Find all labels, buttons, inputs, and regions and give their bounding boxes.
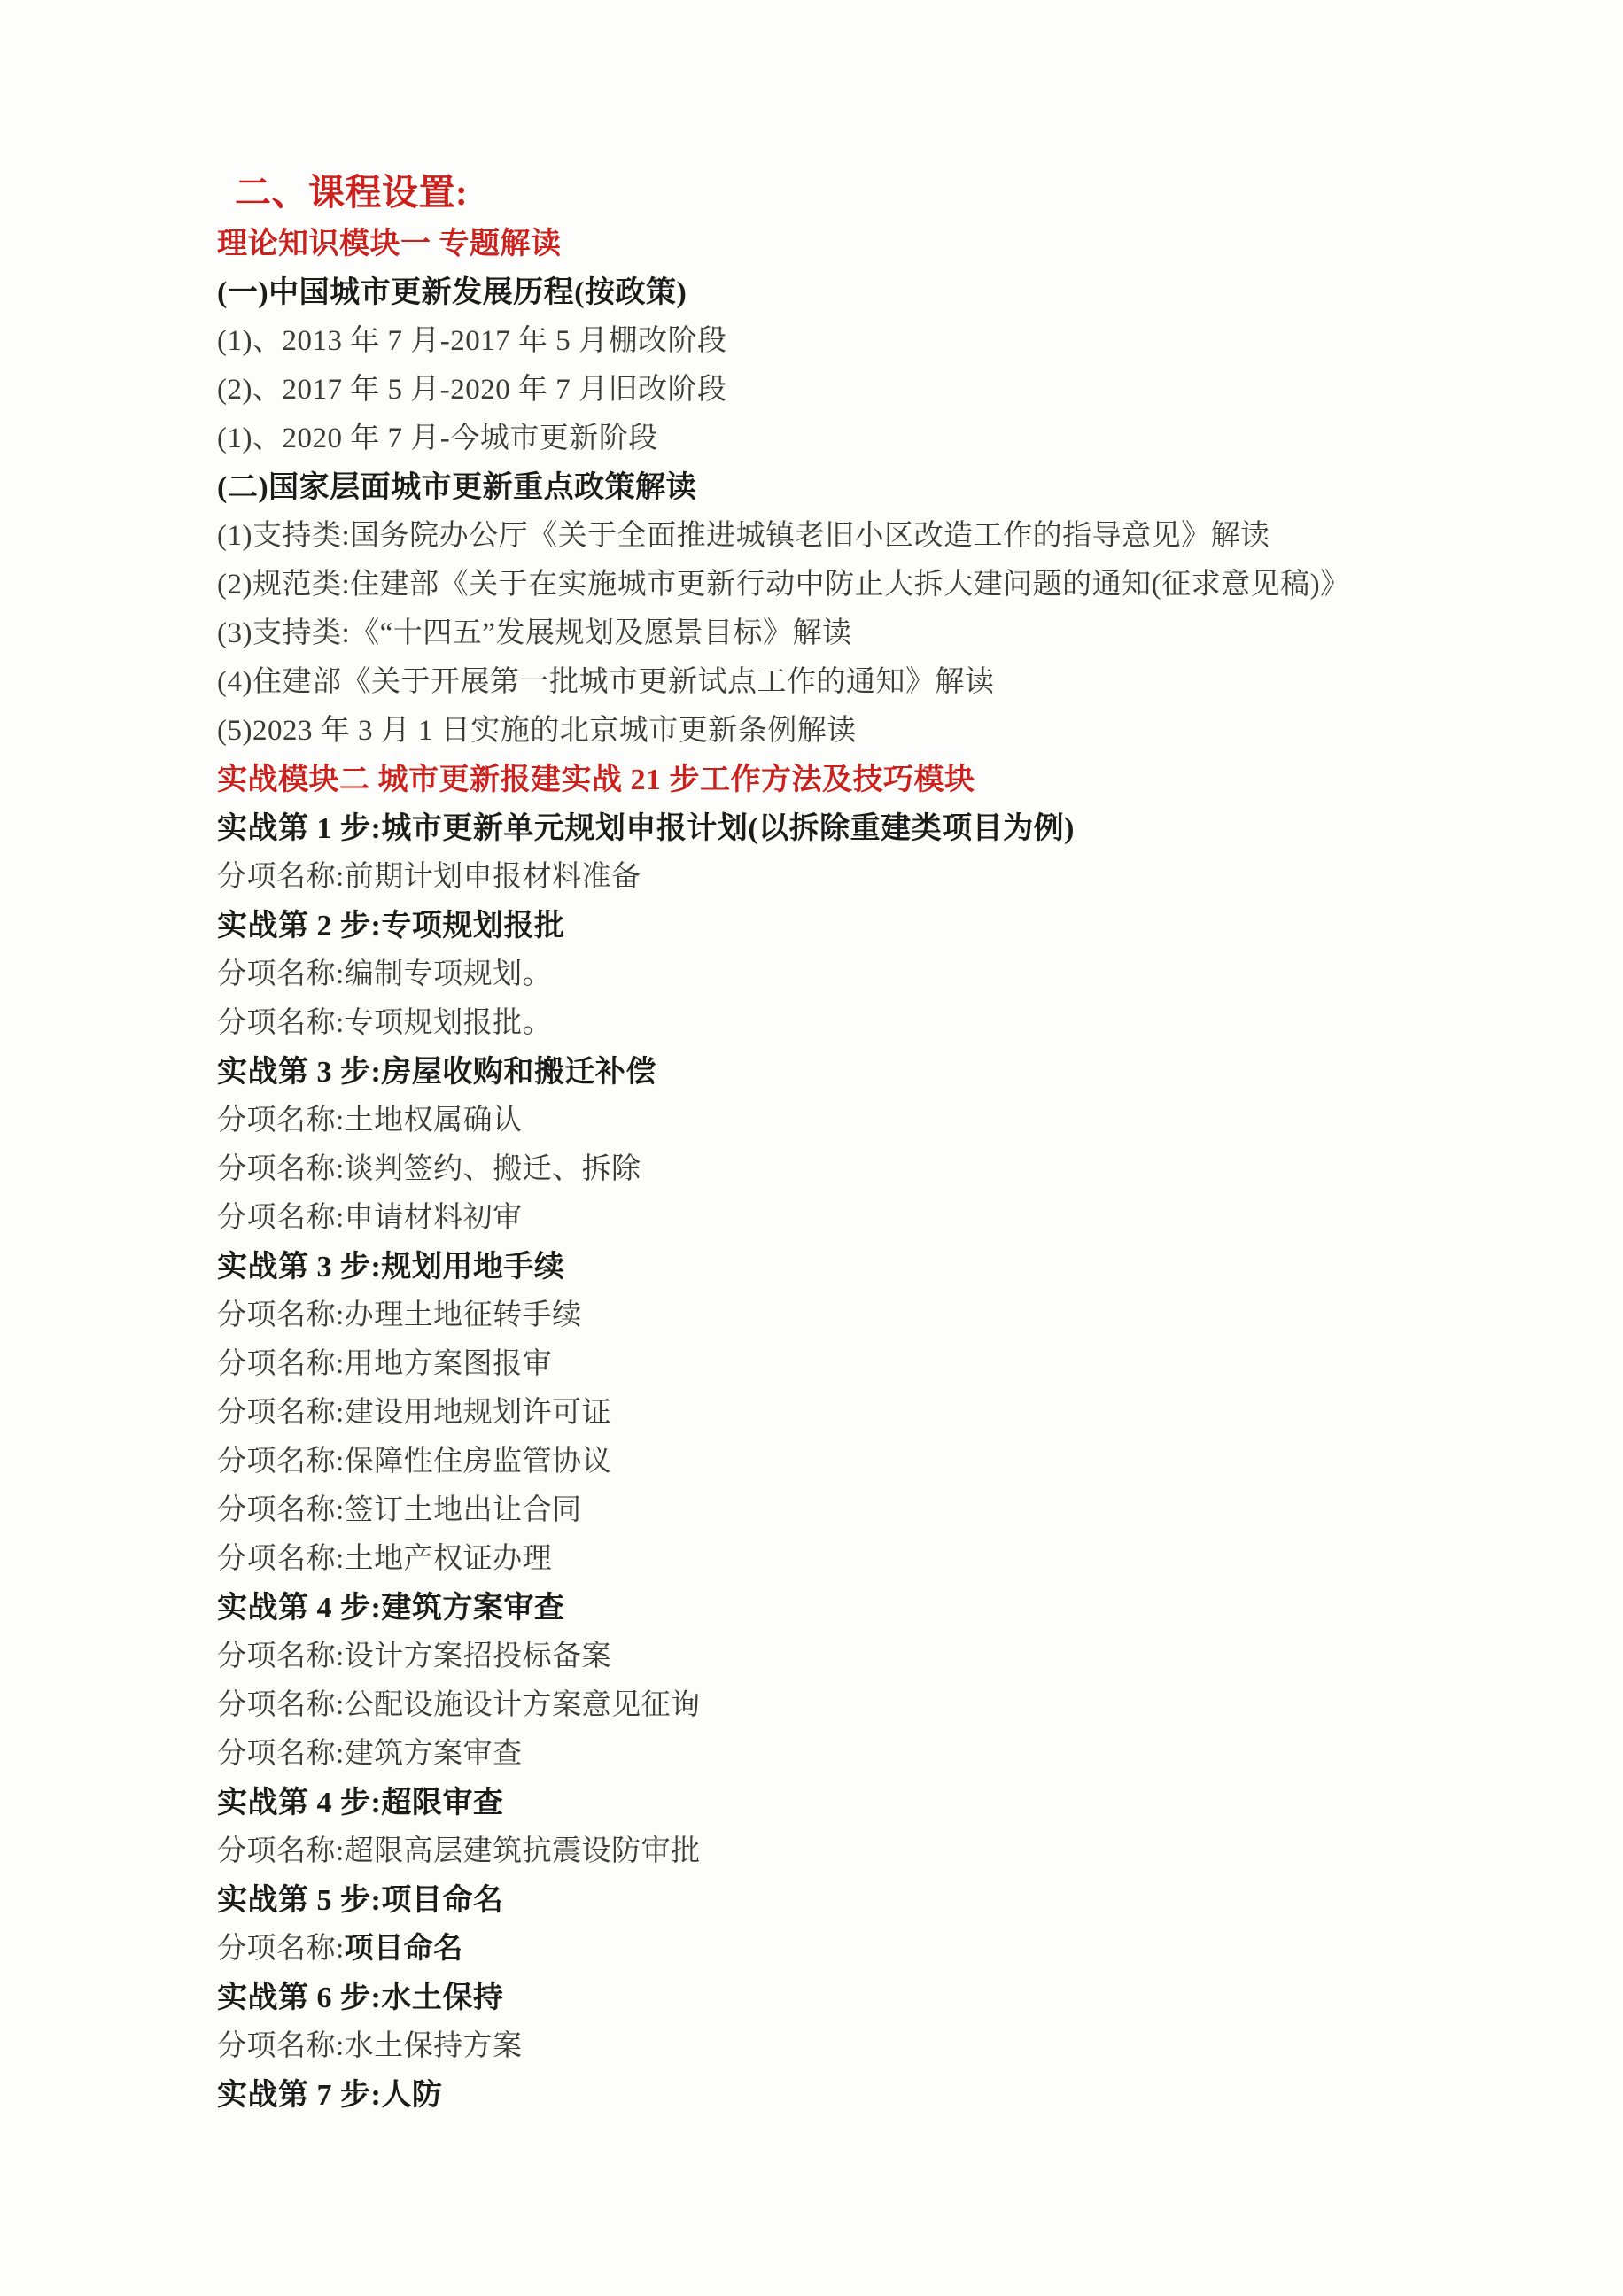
subitem-line: 分项名称:超限高层建筑抗震设防审批 — [217, 1827, 1570, 1876]
subitem-line: 分项名称:水土保持方案 — [217, 2022, 1570, 2071]
subitem-line: 分项名称:用地方案图报审 — [217, 1340, 1570, 1389]
subitem-line: 分项名称:土地权属确认 — [217, 1097, 1570, 1145]
step-heading: 实战第 6 步:水土保持 — [217, 1974, 1570, 2022]
step-heading: 实战第 2 步:专项规划报批 — [217, 902, 1570, 950]
module-heading-practice: 实战模块二 城市更新报建实战 21 步工作方法及技巧模块 — [217, 756, 1570, 804]
subsection-heading: (二)国家层面城市更新重点政策解读 — [217, 463, 1570, 512]
step-heading: 实战第 3 步:房屋收购和搬迁补偿 — [217, 1048, 1570, 1097]
section-title-course-setup: 二、课程设置: — [217, 165, 1570, 220]
subitem-line: 分项名称:土地产权证办理 — [217, 1535, 1570, 1584]
subitem-line: 分项名称:专项规划报批。 — [217, 999, 1570, 1048]
subitem-line: 分项名称:前期计划申报材料准备 — [217, 853, 1570, 902]
outline-line: (1)、2013 年 7 月-2017 年 5 月棚改阶段 — [217, 317, 1570, 366]
subitem-line: 分项名称:谈判签约、搬迁、拆除 — [217, 1145, 1570, 1194]
subitem-line: 分项名称:项目命名 — [217, 1925, 1570, 1974]
subitem-line: 分项名称:保障性住房监管协议 — [217, 1438, 1570, 1486]
step-heading: 实战第 4 步:超限审查 — [217, 1779, 1570, 1827]
outline-line: (4)住建部《关于开展第一批城市更新试点工作的通知》解读 — [217, 658, 1570, 707]
subitem-value: 项目命名 — [345, 1933, 463, 1965]
module-heading-theory: 理论知识模块一 专题解读 — [217, 220, 1570, 268]
step-heading: 实战第 4 步:建筑方案审查 — [217, 1584, 1570, 1633]
step-heading: 实战第 1 步:城市更新单元规划申报计划(以拆除重建类项目为例) — [217, 804, 1570, 853]
subitem-line: 分项名称:建设用地规划许可证 — [217, 1389, 1570, 1438]
outline-line: (3)支持类:《“十四五”发展规划及愿景目标》解读 — [217, 609, 1570, 658]
subitem-line: 分项名称:设计方案招投标备案 — [217, 1633, 1570, 1681]
document-page: 二、课程设置: 理论知识模块一 专题解读 (一)中国城市更新发展历程(按政策) … — [0, 0, 1623, 2296]
outline-line: (1)支持类:国务院办公厅《关于全面推进城镇老旧小区改造工作的指导意见》解读 — [217, 512, 1570, 561]
step-heading: 实战第 5 步:项目命名 — [217, 1876, 1570, 1925]
outline-line: (2)、2017 年 5 月-2020 年 7 月旧改阶段 — [217, 366, 1570, 415]
subitem-line: 分项名称:办理土地征转手续 — [217, 1291, 1570, 1340]
subitem-line: 分项名称:编制专项规划。 — [217, 950, 1570, 999]
subitem-line: 分项名称:申请材料初审 — [217, 1194, 1570, 1243]
step-heading: 实战第 7 步:人防 — [217, 2071, 1570, 2120]
step-heading: 实战第 3 步:规划用地手续 — [217, 1243, 1570, 1291]
subitem-line: 分项名称:公配设施设计方案意见征询 — [217, 1681, 1570, 1730]
subitem-prefix: 分项名称: — [217, 1933, 345, 1965]
outline-line: (1)、2020 年 7 月-今城市更新阶段 — [217, 415, 1570, 463]
subitem-line: 分项名称:建筑方案审查 — [217, 1730, 1570, 1779]
subsection-heading: (一)中国城市更新发展历程(按政策) — [217, 268, 1570, 317]
outline-line: (2)规范类:住建部《关于在实施城市更新行动中防止大拆大建问题的通知(征求意见稿… — [217, 561, 1570, 609]
subitem-line: 分项名称:签订土地出让合同 — [217, 1486, 1570, 1535]
outline-line: (5)2023 年 3 月 1 日实施的北京城市更新条例解读 — [217, 707, 1570, 756]
course-outline: 二、课程设置: 理论知识模块一 专题解读 (一)中国城市更新发展历程(按政策) … — [217, 165, 1570, 2120]
